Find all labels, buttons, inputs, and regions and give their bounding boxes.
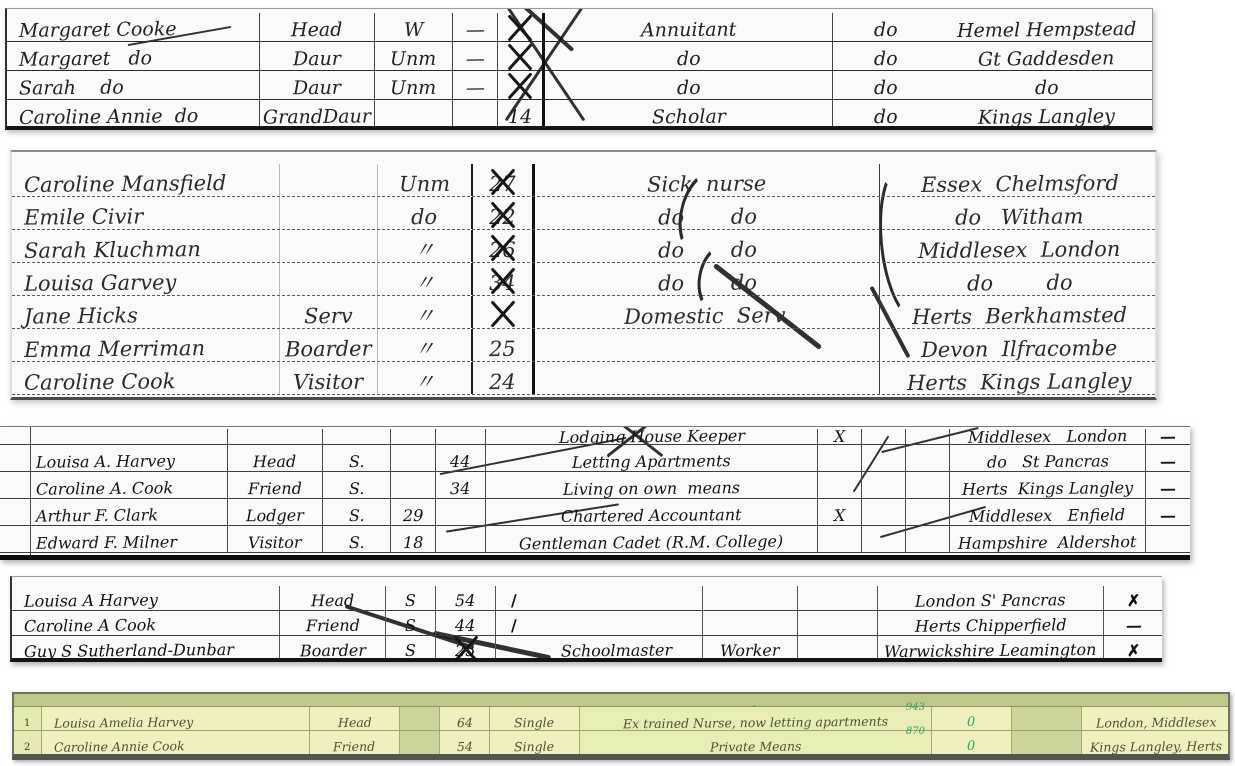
cell-age: [473, 296, 535, 328]
cell-age: 44: [436, 611, 496, 635]
handwritten-text: 34: [450, 481, 471, 497]
handwritten-text: Essex Chelmsford: [920, 173, 1118, 196]
cell-tick: ∕: [496, 611, 531, 635]
cell-name: Margaret Cooke: [7, 13, 260, 41]
cell-relation: Head: [260, 13, 375, 41]
cell-occupation: do do: [535, 263, 880, 295]
cell-condition: S.: [323, 526, 391, 552]
handwritten-text: do: [411, 207, 437, 228]
cell-m3: [906, 472, 950, 498]
cell-birthplace: London S' Pancras: [878, 586, 1104, 610]
census-record-strip-2: Caroline MansfieldUnm27Sick nurseEssex C…: [10, 150, 1157, 400]
cancellation-mark: [498, 13, 542, 41]
cell-occupation: do do: [535, 197, 880, 229]
cell-blank: —: [453, 42, 498, 70]
handwritten-text: do: [1035, 79, 1059, 98]
cell-blank: —: [453, 71, 498, 99]
handwritten-text: Lodger: [246, 508, 304, 525]
green-code-annotation: 870: [906, 726, 925, 737]
handwritten-text: 27: [489, 174, 516, 195]
handwritten-text: X: [834, 508, 846, 524]
cell-condition: S: [386, 586, 436, 610]
handwritten-text: Arthur F. Clark: [36, 507, 158, 524]
cell-relation: Visitor: [228, 526, 323, 552]
cell-relation: Lodger: [228, 499, 323, 525]
cell-occupation: do do: [535, 230, 880, 262]
handwritten-text: GrandDaur: [263, 107, 371, 127]
cell-m2: [862, 445, 906, 471]
cell-birthplace: do: [938, 71, 1153, 99]
cell-m2: [862, 472, 906, 498]
handwritten-text: S: [405, 593, 416, 609]
cell-occupation: [535, 362, 880, 394]
cell-name: Margaret do: [7, 42, 260, 70]
handwritten-text: Louisa A Harvey: [24, 592, 158, 609]
handwritten-text: Warwickshire Leamington: [884, 642, 1097, 660]
cell-birthplace: do Witham: [880, 197, 1157, 229]
census-row: Caroline MansfieldUnm27Sick nurseEssex C…: [12, 164, 1155, 197]
handwritten-text: 2: [24, 743, 30, 753]
handwritten-text: Edward F. Milner: [36, 534, 177, 551]
handwritten-text: Serv: [304, 306, 353, 328]
handwritten-text: 25: [455, 643, 476, 659]
handwritten-text: 26: [489, 240, 516, 261]
handwritten-text: 〃: [414, 273, 435, 294]
handwritten-text: 22: [489, 207, 516, 228]
cell-county: do: [833, 13, 938, 41]
cell-m1: [818, 472, 862, 498]
cell-zero: 0: [932, 707, 1012, 730]
cell-name: [0, 429, 228, 445]
handwritten-text: Chartered Accountant: [561, 507, 742, 525]
handwritten-text: 34: [489, 273, 516, 294]
census-row: Sarah doDaurUnm—dododo: [7, 71, 1152, 100]
cell-birthplace: Hampshire Aldershot: [950, 526, 1146, 552]
census-row: Louisa A HarveyHeadS54∕London S' Pancras…: [12, 586, 1162, 611]
handwritten-text: X: [834, 429, 846, 445]
cell-m3: [906, 429, 950, 445]
handwritten-text: Gt Gaddesden: [978, 49, 1115, 69]
handwritten-text: Caroline Cook: [24, 371, 176, 394]
cell-blank: [1012, 707, 1082, 730]
cell-condition: S.: [323, 472, 391, 498]
census-row: Emma MerrimanBoarder〃25Devon Ilfracombe: [12, 329, 1155, 362]
cell-m1: X: [818, 499, 862, 525]
handwritten-text: Kings Langley: [978, 107, 1115, 127]
cell-tick: [496, 636, 531, 660]
census-collage: Margaret CookeHeadW—AnnuitantdoHemel Hem…: [0, 0, 1235, 766]
cell-m1: [818, 526, 862, 552]
cell-age: 27: [473, 164, 535, 196]
cell-name: Louisa Amelia Harvey: [42, 707, 310, 730]
handwritten-text: Hampshire Aldershot: [958, 534, 1137, 552]
cell-condition: Unm: [375, 71, 453, 99]
cell-tail: —: [1146, 445, 1190, 471]
cell-relation: [280, 197, 378, 229]
cell-age: [498, 71, 545, 99]
handwritten-text: Daur: [293, 50, 341, 70]
handwritten-text: Middlesex London: [918, 239, 1121, 262]
cell-m1: [818, 445, 862, 471]
handwritten-text: do: [874, 79, 898, 98]
census-row: Louisa A. HarveyHeadS.44Letting Apartmen…: [0, 445, 1190, 472]
schedule-header-band: [14, 694, 1228, 707]
census-row: Caroline A CookFriendS44∕Herts Chipperfi…: [12, 611, 1162, 636]
cell-relation: Head: [228, 445, 323, 471]
census-record-strip-5: ✓ 1Louisa Amelia HarveyHead64SingleEx tr…: [12, 692, 1230, 760]
handwritten-text: do: [874, 108, 898, 127]
handwritten-text: —: [1160, 481, 1176, 497]
cell-relation: Visitor: [280, 362, 378, 394]
cell-name: Guy S Sutherland-Dunbar: [12, 636, 280, 660]
census-row: Jane HicksServ〃Domestic Serv.Herts Berkh…: [12, 296, 1155, 329]
handwritten-text: Margaret do: [19, 49, 152, 69]
handwritten-text: Head: [338, 716, 372, 729]
handwritten-text: do: [874, 21, 898, 40]
handwritten-text: do: [874, 50, 898, 69]
handwritten-text: 〃: [414, 339, 435, 360]
cell-birthplace: Middlesex London: [950, 429, 1146, 445]
handwritten-text: 64: [456, 716, 472, 729]
census-row: Emile Civirdo22do dodo Witham: [12, 197, 1155, 230]
cell-birthplace: Herts Kings Langley: [950, 472, 1146, 498]
cell-birthplace: Herts Kings Langley: [880, 362, 1157, 394]
handwritten-text: do do: [657, 272, 756, 294]
handwritten-text: Friend: [305, 618, 359, 635]
handwritten-text: S.: [349, 481, 365, 497]
handwritten-text: Head: [253, 454, 296, 470]
handwritten-text: 25: [489, 339, 516, 360]
handwritten-text: Herts Berkhamsted: [912, 305, 1127, 328]
cell-age: 26: [473, 230, 535, 262]
cell-condition: 〃: [378, 296, 473, 328]
cell-name: Caroline Annie Cook: [42, 731, 310, 754]
cell-shade: [400, 707, 440, 730]
handwritten-text: Annuitant: [641, 21, 737, 41]
handwritten-text: Guy S Sutherland-Dunbar: [24, 642, 234, 660]
handwritten-text: Emile Civir: [24, 206, 143, 228]
handwritten-text: 0: [967, 740, 975, 753]
cell-tail: —: [1146, 472, 1190, 498]
handwritten-text: 44: [455, 618, 476, 634]
cell-tail: [1146, 526, 1190, 552]
cell-name: Sarah Kluchman: [12, 230, 280, 262]
cell-relation: [280, 230, 378, 262]
cell-tail: —: [1146, 499, 1190, 525]
cell-occupation: Living on own means: [486, 472, 818, 498]
cell-condition: S: [386, 636, 436, 660]
cell-occupation: Scholar: [545, 100, 833, 128]
cell-age: 24: [473, 362, 535, 394]
handwritten-text: Ex trained Nurse, now letting apartments: [623, 715, 888, 730]
cell-condition: Single: [490, 707, 580, 730]
cell-zero: 0: [932, 731, 1012, 754]
cell-condition: Single: [490, 731, 580, 754]
cell-name: Caroline A. Cook: [0, 472, 228, 498]
handwritten-text: Louisa Garvey: [24, 272, 177, 295]
cell-m1: X: [818, 429, 862, 445]
cell-shade: [400, 731, 440, 754]
handwritten-text: Domestic Serv.: [624, 305, 790, 328]
cell-occupation: Schoolmaster: [531, 636, 703, 660]
cell-occupation: Chartered Accountant: [486, 499, 818, 525]
cell-age: [498, 42, 545, 70]
cell-birthplace: Kings Langley, Herts: [1082, 731, 1230, 754]
cell-age: 14: [498, 100, 545, 128]
cell-county: do: [833, 71, 938, 99]
cell-name: Louisa A. Harvey: [0, 445, 228, 471]
handwritten-text: London, Middlesex: [1096, 716, 1217, 730]
handwritten-text: —: [1160, 429, 1176, 445]
handwritten-text: 〃: [414, 372, 435, 393]
handwritten-text: Visitor: [293, 372, 363, 394]
cell-age: 64: [440, 707, 490, 730]
cell-occupation: [531, 586, 703, 610]
cell-occupation: do: [545, 42, 833, 70]
handwritten-text: Head: [291, 21, 343, 41]
handwritten-text: Louisa A. Harvey: [36, 453, 175, 470]
cell-age-m: 29: [391, 499, 436, 525]
cell-status: [703, 611, 798, 635]
handwritten-text: —: [465, 21, 484, 40]
handwritten-text: do do: [657, 206, 756, 228]
handwritten-text: ✗: [1127, 593, 1141, 609]
cell-birthplace: Essex Chelmsford: [880, 164, 1157, 196]
handwritten-text: S.: [349, 535, 365, 551]
handwritten-text: Unm: [399, 174, 450, 196]
handwritten-text: 0: [967, 716, 975, 729]
cell-birthplace: Kings Langley: [938, 100, 1153, 128]
handwritten-text: Boarder: [285, 339, 372, 361]
handwritten-text: Herts Kings Langley: [907, 371, 1132, 394]
cell-age-f: 44: [436, 445, 486, 471]
handwritten-text: ✗: [1127, 643, 1141, 659]
handwritten-text: ∕: [510, 593, 516, 609]
cell-status: [703, 586, 798, 610]
cancellation-mark: [498, 42, 542, 70]
cell-age-f: [436, 499, 486, 525]
cell-age: 22: [473, 197, 535, 229]
cell-blank: [798, 611, 878, 635]
handwritten-text: —: [465, 79, 484, 98]
cell-m2: [862, 499, 906, 525]
cell-occupation: [531, 611, 703, 635]
cell-occupation: Ex trained Nurse, now letting apartments…: [580, 707, 932, 730]
cell-num: 1: [14, 707, 42, 730]
cell-tick: ∕: [496, 586, 531, 610]
handwritten-text: —: [1160, 454, 1176, 470]
census-row: Sarah Kluchman〃26do doMiddlesex London: [12, 230, 1155, 263]
cell-name: Emile Civir: [12, 197, 280, 229]
cancellation-mark: [473, 296, 532, 328]
cell-relation: Daur: [260, 42, 375, 70]
cell-m2: [862, 429, 906, 445]
handwritten-text: Unm: [390, 50, 436, 69]
handwritten-text: Devon Ilfracombe: [921, 338, 1117, 361]
cell-name: Jane Hicks: [12, 296, 280, 328]
cell-occupation: Letting Apartments: [486, 445, 818, 471]
cell-condition: do: [378, 197, 473, 229]
cell-relation: [280, 164, 378, 196]
handwritten-text: Kings Langley, Herts: [1090, 740, 1222, 754]
handwritten-text: Head: [311, 593, 354, 609]
cell-condition: Unm: [375, 42, 453, 70]
cell-relation: [228, 429, 323, 445]
handwritten-text: —: [465, 50, 484, 69]
handwritten-text: Friend: [333, 740, 375, 753]
census-row: Louisa Garvey〃34do dodo do: [12, 263, 1155, 296]
cell-relation: GrandDaur: [260, 100, 375, 128]
handwritten-text: Letting Apartments: [572, 453, 731, 471]
census-row: Arthur F. ClarkLodgerS.29Chartered Accou…: [0, 499, 1190, 526]
cell-m3: [906, 445, 950, 471]
handwritten-text: do do: [967, 272, 1073, 294]
handwritten-text: Daur: [293, 79, 341, 99]
cell-age-m: [391, 472, 436, 498]
cell-condition: 〃: [378, 362, 473, 394]
cell-condition: [375, 100, 453, 128]
handwritten-text: Caroline Annie do: [19, 107, 198, 128]
cell-relation: Boarder: [280, 329, 378, 361]
cell-tail: —: [1104, 611, 1162, 635]
cell-relation: Boarder: [280, 636, 386, 660]
census-row: Caroline CookVisitor〃24Herts Kings Langl…: [12, 362, 1155, 395]
handwritten-text: Middlesex Enfield: [969, 507, 1125, 525]
census-row: Margaret doDaurUnm—dodoGt Gaddesden: [7, 42, 1152, 71]
cell-age: 25: [473, 329, 535, 361]
cell-name: Emma Merriman: [12, 329, 280, 361]
handwritten-text: 54: [455, 593, 476, 609]
handwritten-text: S: [405, 643, 416, 659]
cell-condition: S.: [323, 445, 391, 471]
cell-condition: [323, 429, 391, 445]
cell-age: 54: [440, 731, 490, 754]
handwritten-text: Hemel Hempstead: [957, 20, 1137, 41]
cell-occupation: Gentleman Cadet (R.M. College): [486, 526, 818, 552]
handwritten-text: 54: [456, 740, 472, 753]
cell-age-m: [391, 445, 436, 471]
cell-condition: S.: [323, 499, 391, 525]
cell-occupation: Domestic Serv.: [535, 296, 880, 328]
handwritten-text: Caroline Mansfield: [24, 173, 226, 196]
census-row: Caroline A. CookFriendS.34Living on own …: [0, 472, 1190, 499]
handwritten-text: Living on own means: [563, 480, 740, 498]
cell-condition: Unm: [378, 164, 473, 196]
cell-tail: —: [1146, 429, 1190, 445]
cell-occupation: Lodging House Keeper: [486, 429, 818, 445]
census-row: 2Caroline Annie CookFriend54SinglePrivat…: [14, 731, 1228, 755]
cell-blank: —: [453, 13, 498, 41]
handwritten-text: 14: [508, 108, 532, 127]
handwritten-text: Friend: [248, 481, 302, 498]
handwritten-text: ∕: [510, 618, 516, 634]
cell-tail: ✗: [1104, 586, 1162, 610]
cell-condition: 〃: [378, 329, 473, 361]
cell-age-f: [436, 429, 486, 445]
cell-age: 54: [436, 586, 496, 610]
handwritten-text: 18: [403, 535, 424, 551]
cell-relation: Friend: [310, 731, 400, 754]
cell-age-m: [391, 429, 436, 445]
handwritten-text: 24: [489, 372, 516, 393]
census-row: Edward F. MilnerVisitorS.18Gentleman Cad…: [0, 526, 1190, 553]
cell-occupation: Annuitant: [545, 13, 833, 41]
cell-name: Edward F. Milner: [0, 526, 228, 552]
handwritten-text: 1: [24, 719, 30, 729]
cell-age: 25: [436, 636, 496, 660]
handwritten-text: do: [677, 79, 701, 98]
handwritten-text: —: [1126, 618, 1142, 634]
cell-condition: S: [386, 611, 436, 635]
handwritten-text: Middlesex London: [968, 429, 1127, 445]
census-row: Caroline Annie doGrandDaur14ScholardoKin…: [7, 100, 1152, 129]
cell-relation: Friend: [228, 472, 323, 498]
cell-birthplace: Devon Ilfracombe: [880, 329, 1157, 361]
handwritten-text: 〃: [414, 240, 435, 261]
handwritten-text: Visitor: [248, 535, 302, 552]
handwritten-text: Caroline A Cook: [24, 617, 156, 634]
handwritten-text: do do: [657, 239, 756, 261]
cell-name: Caroline A Cook: [12, 611, 280, 635]
handwritten-text: Herts Chipperfield: [915, 617, 1067, 635]
census-record-strip-3: Lodging House KeeperXMiddlesex London—Lo…: [0, 426, 1190, 560]
cell-relation: Head: [310, 707, 400, 730]
handwritten-text: 〃: [414, 306, 435, 327]
handwritten-text: Louisa Amelia Harvey: [54, 716, 193, 730]
cell-status: Worker: [703, 636, 798, 660]
cell-occupation: Private Means870: [580, 731, 932, 754]
handwritten-text: Jane Hicks: [24, 305, 138, 327]
cell-name: Caroline Annie do: [7, 100, 260, 128]
cell-relation: Serv: [280, 296, 378, 328]
handwritten-text: Caroline Annie Cook: [54, 740, 185, 754]
cell-relation: Friend: [280, 611, 386, 635]
cell-birthplace: London, Middlesex: [1082, 707, 1230, 730]
cell-name: Sarah do: [7, 71, 260, 99]
census-record-strip-1: Margaret CookeHeadW—AnnuitantdoHemel Hem…: [5, 8, 1153, 130]
handwritten-text: Emma Merriman: [24, 338, 205, 361]
cell-condition: 〃: [378, 263, 473, 295]
handwritten-text: Single: [514, 716, 554, 729]
handwritten-text: S.: [349, 454, 365, 470]
handwritten-text: Gentleman Cadet (R.M. College): [519, 534, 783, 553]
cell-age: [498, 13, 545, 41]
handwritten-text: Single: [514, 740, 554, 753]
cell-age: 34: [473, 263, 535, 295]
cancellation-mark: [498, 71, 542, 99]
cell-condition: 〃: [378, 230, 473, 262]
cell-county: do: [833, 42, 938, 70]
cell-birthplace: Middlesex Enfield: [950, 499, 1146, 525]
cell-age-f: 34: [436, 472, 486, 498]
handwritten-text: Unm: [390, 79, 436, 98]
cell-m3: [906, 499, 950, 525]
cell-m3: [906, 526, 950, 552]
cell-name: Louisa Garvey: [12, 263, 280, 295]
census-record-strip-4: Louisa A HarveyHeadS54∕London S' Pancras…: [10, 576, 1162, 662]
cell-blank: [453, 100, 498, 128]
cell-blank: [798, 636, 878, 660]
cell-tail: ✗: [1104, 636, 1162, 660]
handwritten-text: 44: [450, 454, 471, 470]
handwritten-text: 29: [403, 508, 424, 524]
cell-name: Louisa A Harvey: [12, 586, 280, 610]
census-row: Lodging House KeeperXMiddlesex London—: [0, 429, 1190, 445]
handwritten-text: Margaret Cooke: [19, 20, 177, 41]
cell-occupation: [535, 329, 880, 361]
cell-birthplace: Warwickshire Leamington: [878, 636, 1104, 660]
cell-birthplace: do do: [880, 263, 1157, 295]
